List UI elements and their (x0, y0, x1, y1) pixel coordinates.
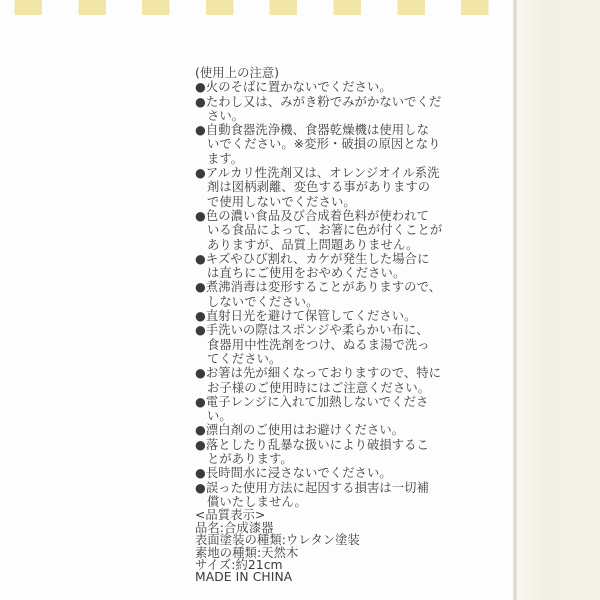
quality-line: MADE IN CHINA (195, 571, 463, 583)
precaution-line: ●キズやひび割れ、カケが発生した場合に (195, 252, 463, 266)
precaution-line: てください。 (195, 352, 463, 366)
precautions-title: (使用上の注意) (195, 66, 463, 80)
precaution-line: いでください。※変形・破損の原因となり (195, 137, 463, 151)
precaution-line: ●落としたり乱暴な扱いにより破損するこ (195, 438, 463, 452)
precaution-line: い。 (195, 409, 463, 423)
precaution-line: ます。 (195, 152, 463, 166)
precaution-line: ありますが、品質上問題ありません。 (195, 238, 463, 252)
precaution-line: とがあります。 (195, 452, 463, 466)
precaution-line: は直ちにご使用をおやめください。 (195, 266, 463, 280)
precautions-list: ●火のそばに置かないでください。●たわし又は、みがき粉でみがかないでください。●… (195, 80, 463, 509)
backing-page (517, 0, 600, 600)
precaution-line: ●火のそばに置かないでください。 (195, 80, 463, 94)
precaution-line: お子様のご使用時にはご注意ください。 (195, 381, 463, 395)
quality-line: 表面塗装の種類:ウレタン塗装 (195, 534, 463, 546)
precaution-line: ●誤った使用方法に起因する損害は一切補 (195, 481, 463, 495)
precaution-line: ●手洗いの際はスポンジや柔らかい布に、 (195, 323, 463, 337)
precaution-line: ●たわし又は、みがき粉でみがかないでくだ (195, 95, 463, 109)
precaution-line: 償いたしません。 (195, 495, 463, 509)
precaution-line: いる食品によって、お箸に色が付くことが (195, 223, 463, 237)
precaution-line: 食器用中性洗剤をつけ、ぬるま湯で洗っ (195, 338, 463, 352)
checkered-pattern-strip (0, 0, 516, 15)
precaution-line: ●漂白剤のご使用はお避けください。 (195, 423, 463, 437)
care-label-text: (使用上の注意) ●火のそばに置かないでください。●たわし又は、みがき粉でみがか… (195, 66, 463, 584)
quality-section: <品質表示> 品名:合成漆器表面塗装の種類:ウレタン塗装素地の種類:天然木サイズ… (195, 509, 463, 584)
precaution-line: ●自動食器洗浄機、食器乾燥機は使用しな (195, 123, 463, 137)
precaution-line: ●直射日光を避けて保管してください。 (195, 309, 463, 323)
quality-rows: 品名:合成漆器表面塗装の種類:ウレタン塗装素地の種類:天然木サイズ:約21cmM… (195, 522, 463, 584)
precaution-line: ●色の濃い食品及び合成着色料が使われて (195, 209, 463, 223)
precaution-line: ●お箸は先が細くなっておりますので、特に (195, 366, 463, 380)
precaution-line: で使用しないでください。 (195, 195, 463, 209)
precaution-line: さい。 (195, 109, 463, 123)
precaution-line: ●アルカリ性洗剤又は、オレンジオイル系洗 (195, 166, 463, 180)
precaution-line: しないでください。 (195, 295, 463, 309)
precaution-line: 剤は図柄剥離、変色する事がありますの (195, 180, 463, 194)
precaution-line: ●電子レンジに入れて加熱しないでくださ (195, 395, 463, 409)
precaution-line: ●長時間水に浸さないでください。 (195, 466, 463, 480)
precaution-line: ●煮沸消毒は変形することがありますので、 (195, 280, 463, 294)
label-photo: (使用上の注意) ●火のそばに置かないでください。●たわし又は、みがき粉でみがか… (0, 0, 600, 600)
quality-header: <品質表示> (195, 509, 463, 521)
